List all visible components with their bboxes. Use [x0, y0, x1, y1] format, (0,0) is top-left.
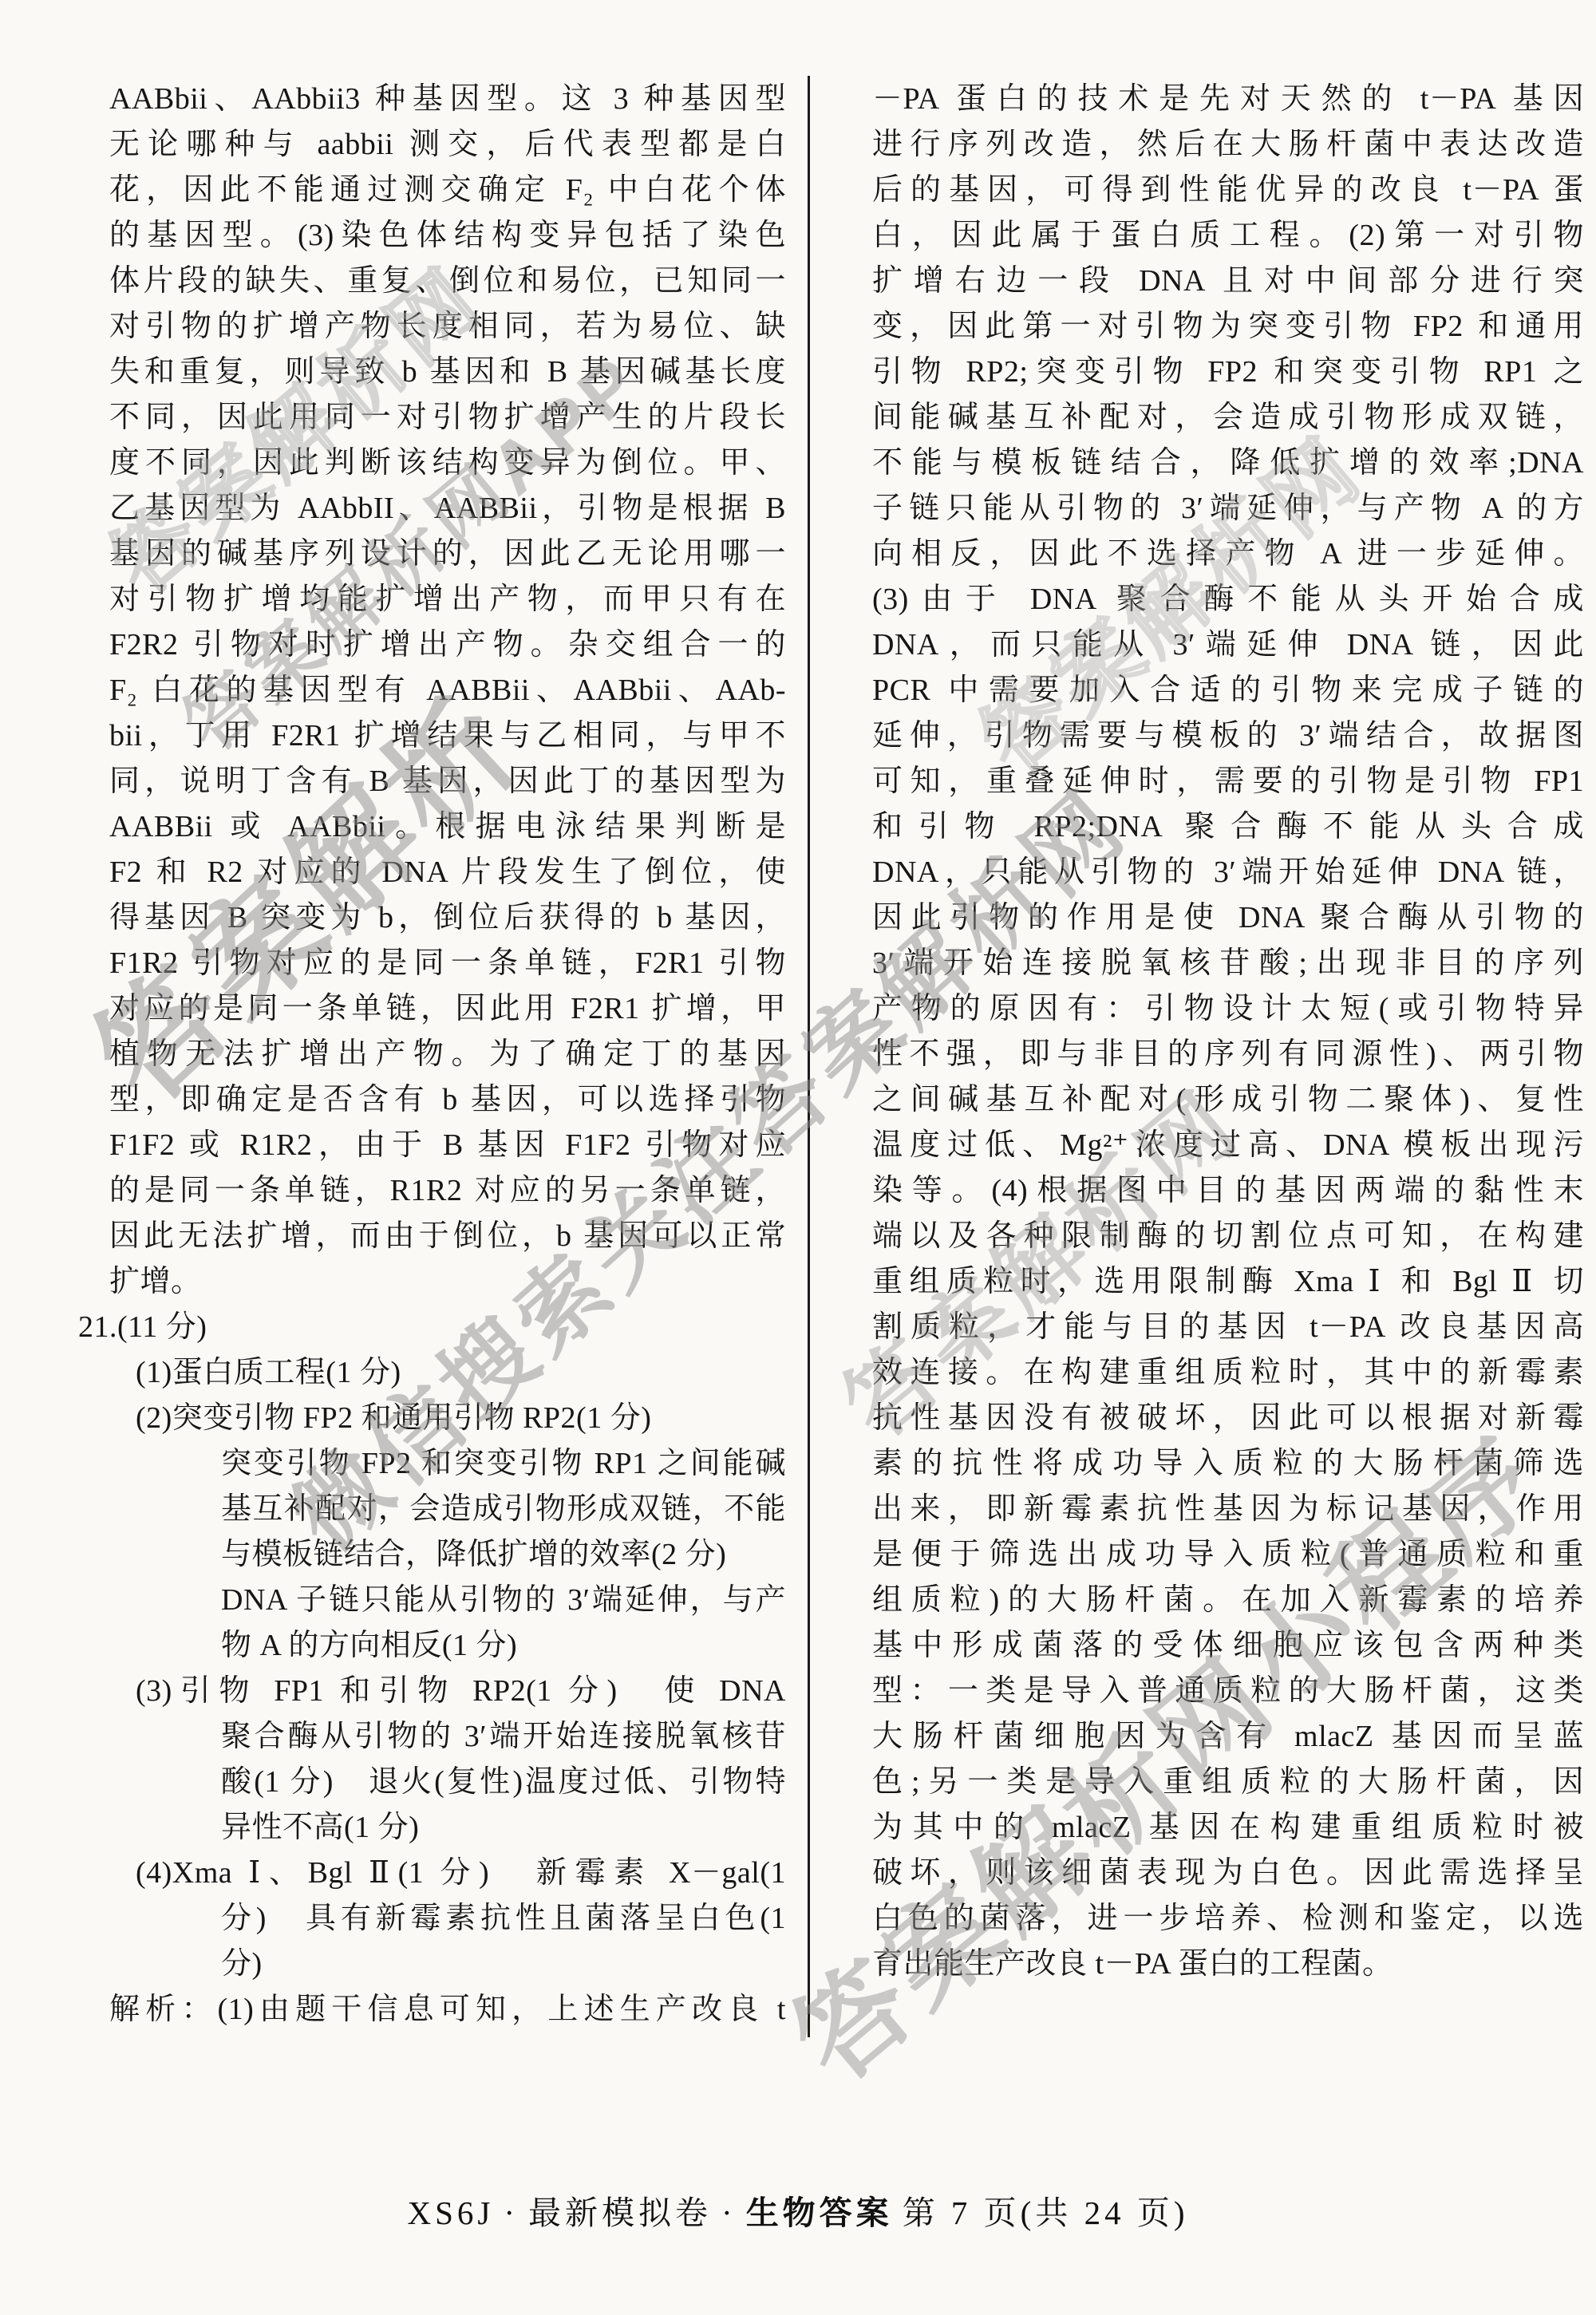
text-line: AABBii 或 AABbii。根据电泳结果判断是 — [109, 804, 786, 850]
text-line: 端以及各种限制酶的切割位点可知，在构建 — [872, 1214, 1584, 1259]
text-line: 因此引物的作用是使 DNA 聚合酶从引物的 — [872, 895, 1584, 941]
text-line: 为其中的 mlacZ 基因在构建重组质粒时被 — [872, 1805, 1584, 1851]
text-line: 白，因此属于蛋白质工程。(2)第一对引物 — [872, 213, 1584, 259]
text-line: 组质粒)的大肠杆菌。在加入新霉素的培养 — [872, 1578, 1584, 1623]
text-line: 的是同一条单链，R1R2 对应的另一条单链， — [109, 1168, 786, 1214]
text-line: 对引物扩增均能扩增出产物，而甲只有在 — [109, 577, 786, 622]
text-line: (3)引物 FP1 和引物 RP2(1 分) 使 DNA — [136, 1669, 786, 1714]
text-line: 可知，重叠延伸时，需要的引物是引物 FP1 — [872, 759, 1584, 804]
text-line: 大肠杆菌细胞因为含有 mlacZ 基因而呈蓝 — [872, 1714, 1584, 1760]
text-line: 突变引物 FP2 和突变引物 RP1 之间能碱 — [221, 1441, 786, 1487]
text-line: F1R2 引物对应的是同一条单链，F2R1 引物 — [109, 941, 786, 986]
text-line: F₂ 白花的基因型有 AABBii、AABbii、AAb- — [109, 668, 786, 713]
text-line: 效连接。在构建重组质粒时，其中的新霉素 — [872, 1350, 1584, 1396]
page-footer: XS6J·最新模拟卷·生物答案第 7 页(共 24 页) — [0, 2187, 1596, 2234]
text-line: 花，因此不能通过测交确定 F₂ 中白花个体 — [109, 168, 786, 213]
text-line: 分) 具有新霉素抗性且菌落呈白色(1 — [221, 1896, 786, 1942]
text-line: DNA 子链只能从引物的 3′端延伸，与产 — [221, 1578, 786, 1623]
text-line: 21.(11 分) — [78, 1305, 786, 1350]
text-line: 3′端开始连接脱氧核苷酸;出现非目的序列 — [872, 941, 1584, 986]
text-line: 后的基因，可得到性能优异的改良 t－PA 蛋 — [872, 168, 1584, 213]
text-line: 乙基因型为 AAbbII、AABBii，引物是根据 B — [109, 486, 786, 531]
text-line: 物 A 的方向相反(1 分) — [221, 1623, 786, 1669]
text-line: F1F2 或 R1R2，由于 B 基因 F1F2 引物对应 — [109, 1123, 786, 1168]
text-line: 变，因此第一对引物为突变引物 FP2 和通用 — [872, 304, 1584, 350]
text-line: 白色的菌落，进一步培养、检测和鉴定，以选 — [872, 1896, 1584, 1942]
text-line: (4)Xma Ⅰ、Bgl Ⅱ(1 分) 新霉素 X－gal(1 — [136, 1851, 786, 1896]
text-line: 性不强，即与非目的序列有同源性)、两引物 — [872, 1032, 1584, 1077]
text-line: 得基因 B 突变为 b，倒位后获得的 b 基因， — [109, 895, 786, 941]
text-line: 的基因型。(3)染色体结构变异包括了染色 — [109, 213, 786, 259]
text-line: 不能与模板链结合，降低扩增的效率;DNA — [872, 440, 1584, 486]
footer-exam-code: XS6J — [403, 2195, 500, 2231]
footer-page-info: 第 7 页(共 24 页) — [898, 2195, 1194, 2231]
text-line: 基互补配对，会造成引物形成双链，不能 — [221, 1487, 786, 1532]
text-line: 不同，因此用同一对引物扩增产生的片段长 — [109, 395, 786, 440]
text-line: 聚合酶从引物的 3′端开始连接脱氧核苷 — [221, 1714, 786, 1760]
text-line: 酸(1 分) 退火(复性)温度过低、引物特 — [221, 1760, 786, 1805]
text-line: 失和重复，则导致 b 基因和 B 基因碱基长度 — [109, 350, 786, 395]
footer-subject-title: 生物答案 — [741, 2195, 898, 2231]
text-line: 度不同，因此判断该结构变异为倒位。甲、 — [109, 440, 786, 486]
footer-separator: · — [499, 2195, 523, 2231]
text-line: 型，即确定是否含有 b 基因，可以选择引物 — [109, 1077, 786, 1123]
text-line: 素的抗性将成功导入质粒的大肠杆菌筛选 — [872, 1441, 1584, 1487]
text-line: 与模板链结合，降低扩增的效率(2 分) — [221, 1532, 786, 1578]
left-column: AABbii、AAbbii3 种基因型。这 3 种基因型无论哪种与 aabbii… — [72, 77, 786, 2033]
text-line: F2 和 R2 对应的 DNA 片段发生了倒位，使 — [109, 850, 786, 895]
text-line: 解析：(1)由题干信息可知，上述生产改良 t — [109, 1987, 786, 2033]
text-line: 无论哪种与 aabbii 测交，后代表型都是白 — [109, 122, 786, 168]
text-line: 是便于筛选出成功导入质粒(普通质粒和重 — [872, 1532, 1584, 1578]
text-line: 基中形成菌落的受体细胞应该包含两种类 — [872, 1623, 1584, 1669]
text-line: 扩增。 — [109, 1259, 786, 1305]
text-line: 子链只能从引物的 3′端延伸，与产物 A 的方 — [872, 486, 1584, 531]
text-line: AABbii、AAbbii3 种基因型。这 3 种基因型 — [109, 77, 786, 122]
text-line: (3)由于 DNA 聚合酶不能从头开始合成 — [872, 577, 1584, 622]
text-line: PCR 中需要加入合适的引物来完成子链的 — [872, 668, 1584, 713]
text-line: 破坏，则该细菌表现为白色。因此需选择呈 — [872, 1851, 1584, 1896]
text-line: 型：一类是导入普通质粒的大肠杆菌，这类 — [872, 1669, 1584, 1714]
text-line: 进行序列改造，然后在大肠杆菌中表达改造 — [872, 122, 1584, 168]
text-line: 向相反，因此不选择产物 A 进一步延伸。 — [872, 531, 1584, 577]
text-line: 基因的碱基序列设计的，因此乙无论用哪一 — [109, 531, 786, 577]
text-line: 异性不高(1 分) — [221, 1805, 786, 1851]
text-line: 分) — [221, 1942, 786, 1987]
text-line: DNA，而只能从 3′端延伸 DNA 链，因此 — [872, 622, 1584, 668]
text-line: 因此无法扩增，而由于倒位，b 基因可以正常 — [109, 1214, 786, 1259]
text-line: 染等。(4)根据图中目的基因两端的黏性末 — [872, 1168, 1584, 1214]
text-line: 温度过低、Mg²⁺浓度过高、DNA 模板出现污 — [872, 1123, 1584, 1168]
text-line: (1)蛋白质工程(1 分) — [136, 1350, 786, 1396]
text-line: 重组质粒时，选用限制酶 Xma Ⅰ 和 Bgl Ⅱ 切 — [872, 1259, 1584, 1305]
text-line: －PA 蛋白的技术是先对天然的 t－PA 基因 — [872, 77, 1584, 122]
text-line: 之间碱基互补配对(形成引物二聚体)、复性 — [872, 1077, 1584, 1123]
text-line: 和引物 RP2;DNA 聚合酶不能从头合成 — [872, 804, 1584, 850]
text-line: 出来，即新霉素抗性基因为标记基因，作用 — [872, 1487, 1584, 1532]
right-column: －PA 蛋白的技术是先对天然的 t－PA 基因进行序列改造，然后在大肠杆菌中表达… — [872, 77, 1584, 1987]
text-line: 对引物的扩增产物长度相同，若为易位、缺 — [109, 304, 786, 350]
text-line: 体片段的缺失、重复、倒位和易位，已知同一 — [109, 259, 786, 304]
text-line: F2R2 引物对时扩增出产物。杂交组合一的 — [109, 622, 786, 668]
text-line: bii，丁用 F2R1 扩增结果与乙相同，与甲不 — [109, 713, 786, 759]
text-line: 扩增右边一段 DNA 且对中间部分进行突 — [872, 259, 1584, 304]
text-line: 间能碱基互补配对，会造成引物形成双链， — [872, 395, 1584, 440]
text-line: DNA，只能从引物的 3′端开始延伸 DNA 链， — [872, 850, 1584, 895]
text-line: 产物的原因有：引物设计太短(或引物特异 — [872, 986, 1584, 1032]
text-line: 引物 RP2;突变引物 FP2 和突变引物 RP1 之 — [872, 350, 1584, 395]
text-line: 色;另一类是导入重组质粒的大肠杆菌，因 — [872, 1760, 1584, 1805]
text-line: 植物无法扩增出产物。为了确定丁的基因 — [109, 1032, 786, 1077]
text-line: 割质粒，才能与目的基因 t－PA 改良基因高 — [872, 1305, 1584, 1350]
text-line: 抗性基因没有被破坏，因此可以根据对新霉 — [872, 1396, 1584, 1441]
text-line: 对应的是同一条单链，因此用 F2R1 扩增，甲 — [109, 986, 786, 1032]
footer-series-title: 最新模拟卷 — [523, 2195, 717, 2231]
text-line: (2)突变引物 FP2 和通用引物 RP2(1 分) — [136, 1396, 786, 1441]
text-line: 育出能生产改良 t－PA 蛋白的工程菌。 — [872, 1942, 1584, 1987]
scanned-answer-page: AABbii、AAbbii3 种基因型。这 3 种基因型无论哪种与 aabbii… — [0, 0, 1596, 2315]
text-line: 同，说明丁含有 B 基因，因此丁的基因型为 — [109, 759, 786, 804]
text-line: 延伸，引物需要与模板的 3′端结合，故据图 — [872, 713, 1584, 759]
footer-separator: · — [717, 2195, 741, 2231]
column-divider — [808, 76, 810, 2037]
